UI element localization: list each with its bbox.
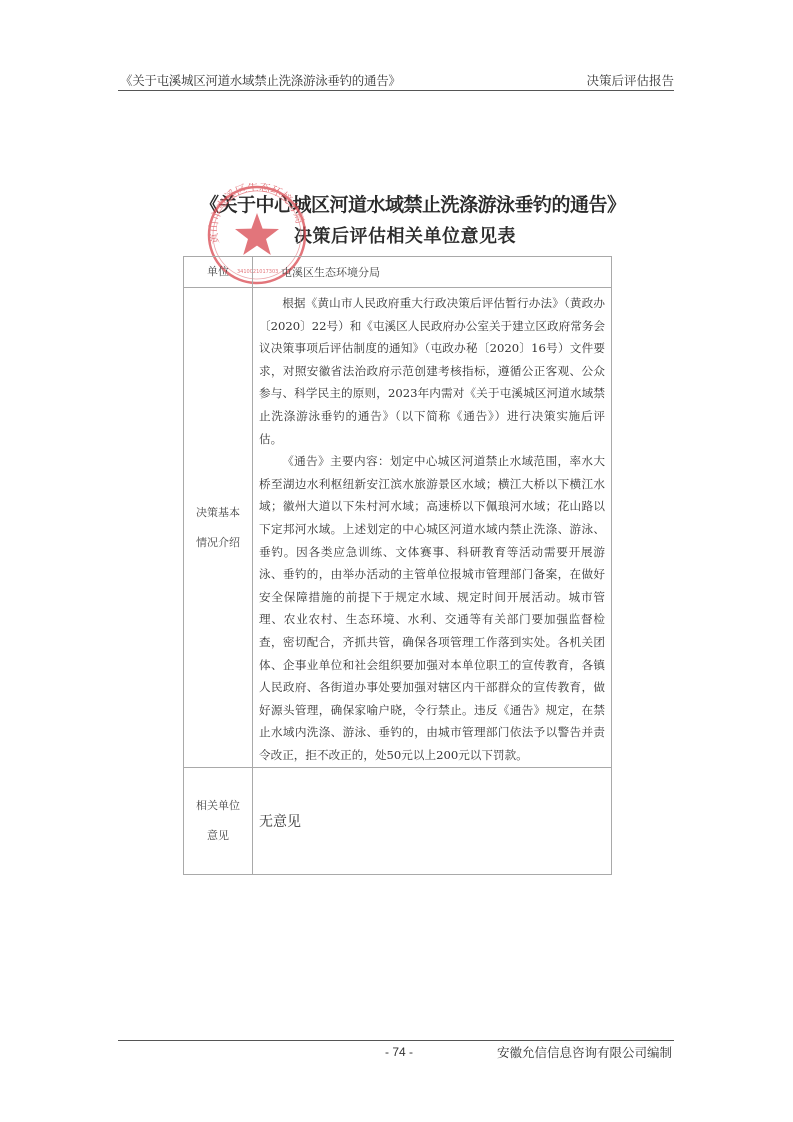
table-row-unit: 单位 屯溪区生态环境分局 [184, 257, 612, 288]
footer-company: 安徽允信信息咨询有限公司编制 [497, 1043, 672, 1061]
opinion-table: 单位 屯溪区生态环境分局 决策基本 情况介绍 根据《黄山市人民政府重大行政决策后… [183, 256, 612, 875]
form-title: 《关于中心城区河道水域禁止洗涤游泳垂钓的通告》 [200, 190, 610, 217]
opinion-label-line2: 意见 [184, 821, 252, 851]
unit-value: 屯溪区生态环境分局 [253, 257, 612, 288]
page-number: - 74 - [385, 1045, 413, 1059]
opinion-value: 无意见 [253, 768, 612, 875]
page-header: 《关于屯溪城区河道水域禁止洗涤游泳垂钓的通告》 决策后评估报告 [118, 68, 674, 91]
decision-intro-label: 决策基本 情况介绍 [184, 288, 253, 768]
opinion-label: 相关单位 意见 [184, 768, 253, 875]
table-row-decision-intro: 决策基本 情况介绍 根据《黄山市人民政府重大行政决策后评估暂行办法》（黄政办〔2… [184, 288, 612, 768]
table-row-opinion: 相关单位 意见 无意见 [184, 768, 612, 875]
opinion-label-line1: 相关单位 [184, 791, 252, 821]
unit-label: 单位 [184, 257, 253, 288]
footer-rule [118, 1040, 674, 1041]
header-report-title: 决策后评估报告 [586, 71, 674, 89]
header-doc-title: 《关于屯溪城区河道水域禁止洗涤游泳垂钓的通告》 [120, 71, 401, 89]
paragraph: 《通告》主要内容：划定中心城区河道禁止水域范围，率水大桥至湖边水利枢纽新安江滨水… [259, 450, 605, 766]
decision-intro-label-line1: 决策基本 [184, 498, 252, 528]
paragraph: 根据《黄山市人民政府重大行政决策后评估暂行办法》（黄政办〔2020〕22号）和《… [259, 292, 605, 450]
form-subtitle: 决策后评估相关单位意见表 [200, 222, 610, 248]
decision-intro-text: 根据《黄山市人民政府重大行政决策后评估暂行办法》（黄政办〔2020〕22号）和《… [253, 288, 612, 768]
decision-intro-label-line2: 情况介绍 [184, 528, 252, 558]
